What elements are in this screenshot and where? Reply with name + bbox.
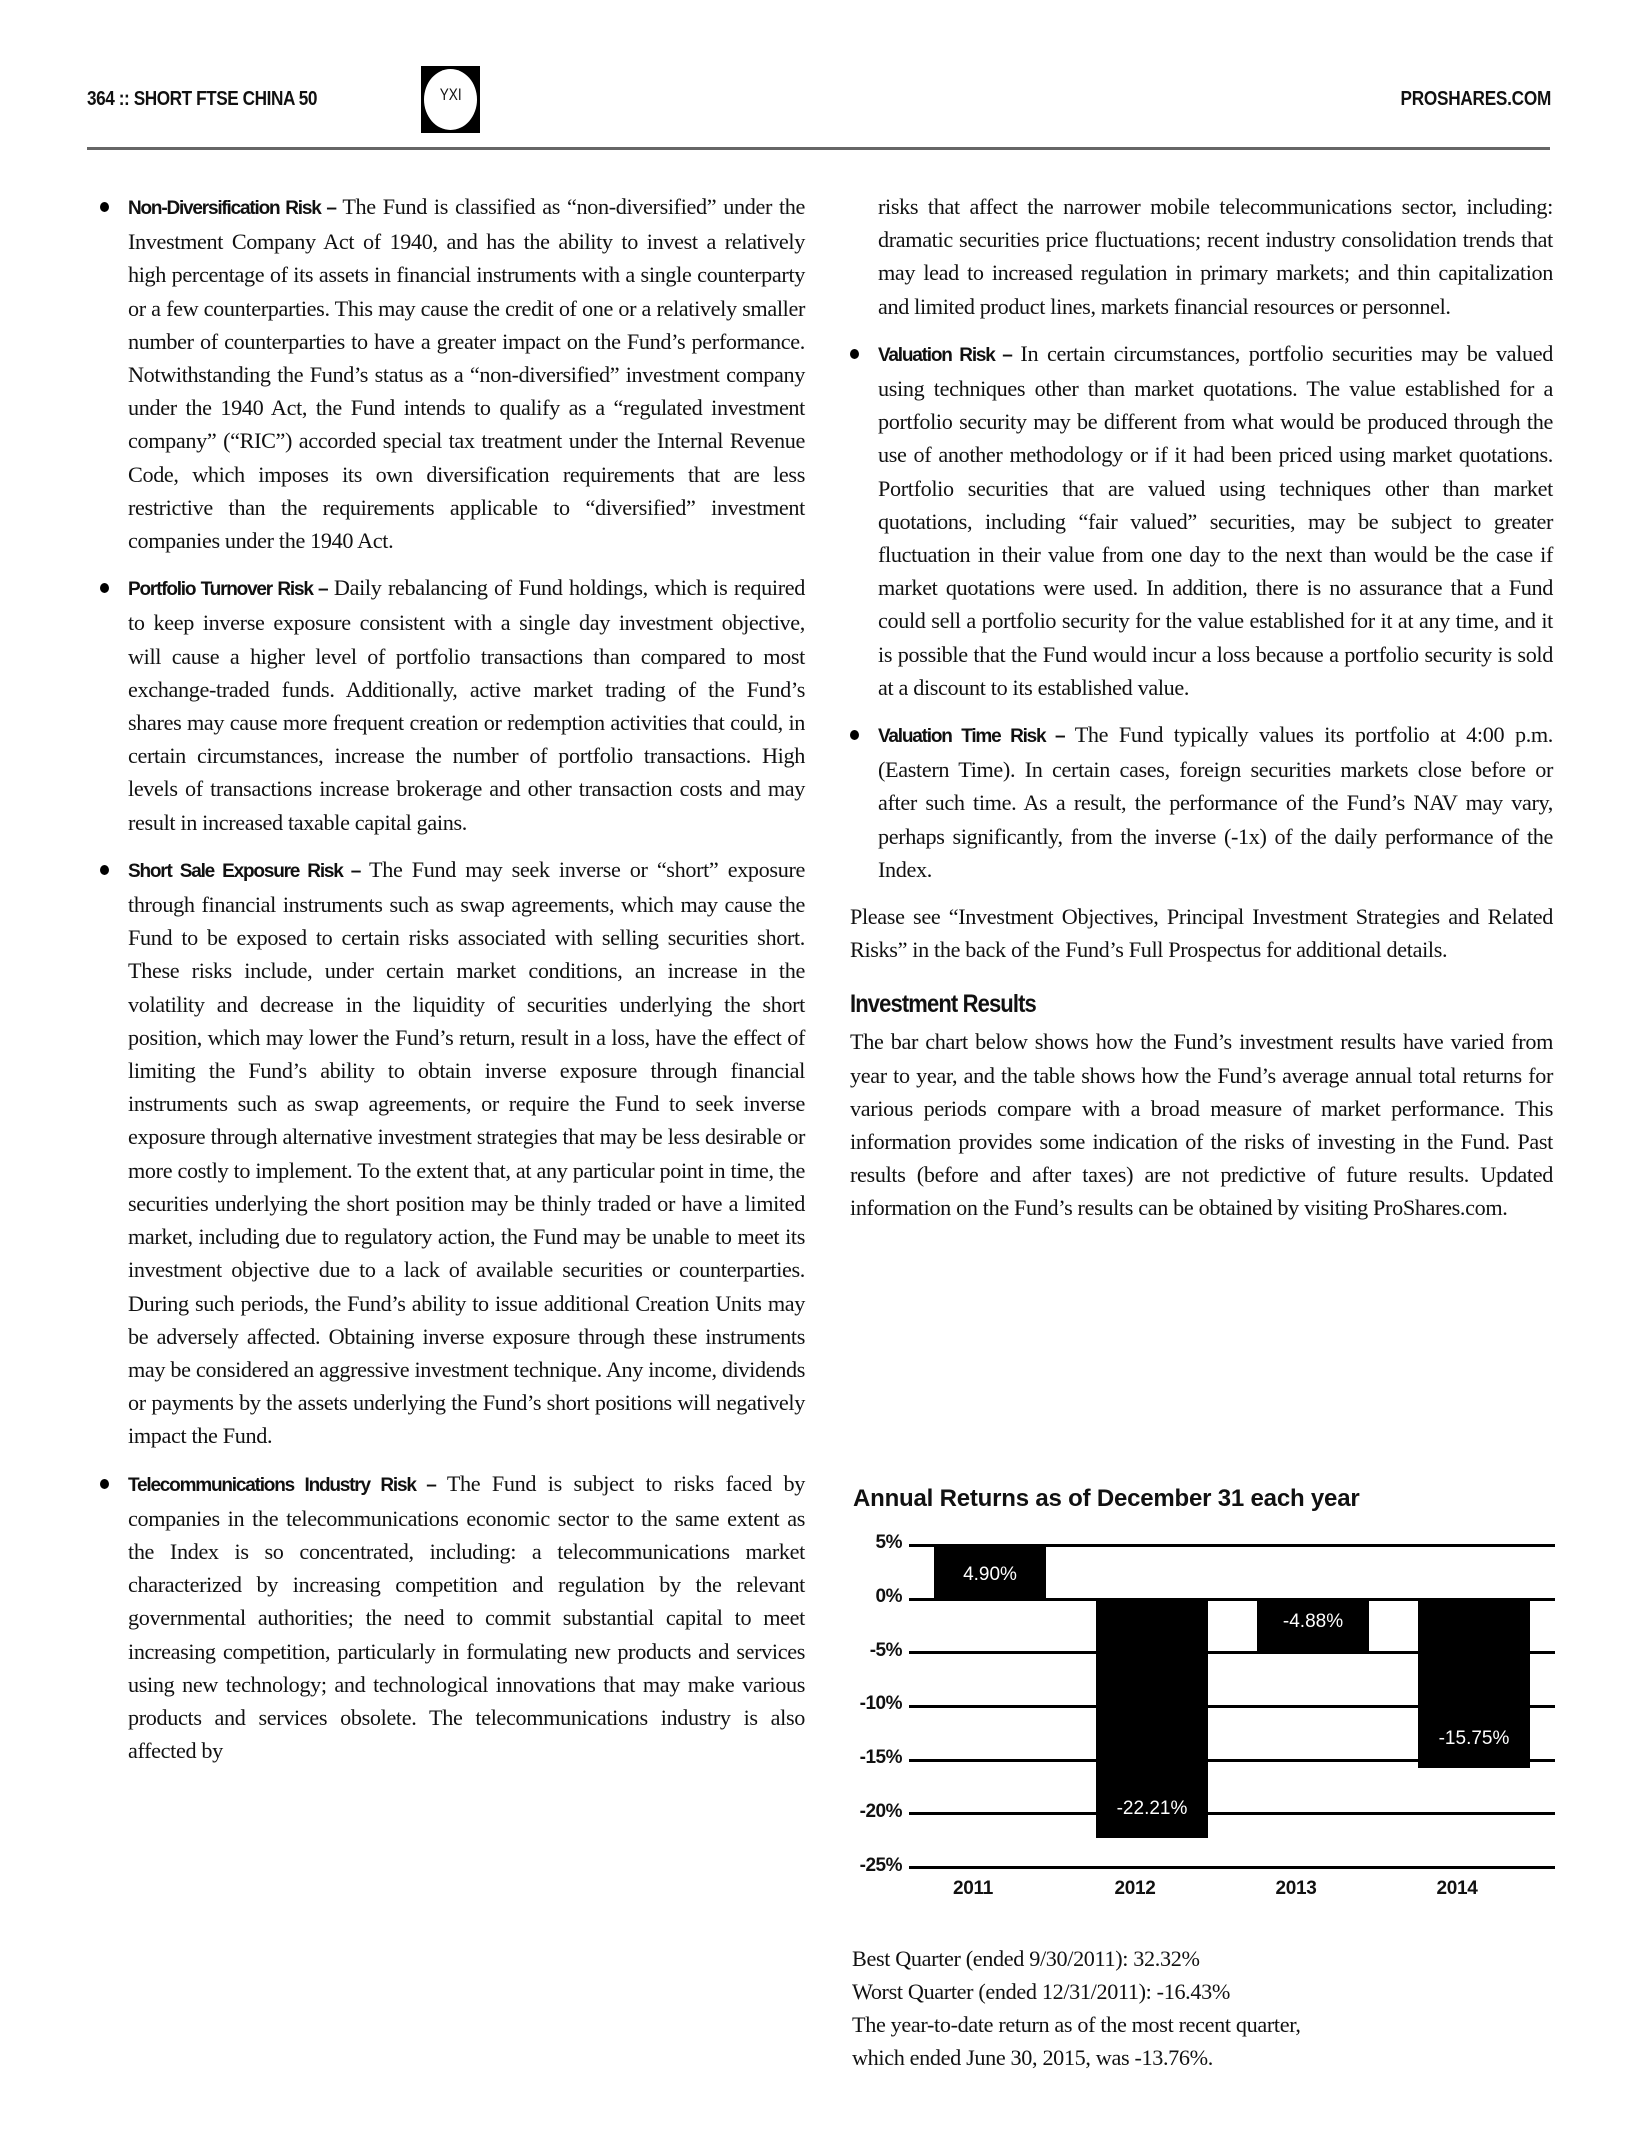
risk-text: The Fund may seek inverse or “short” exp… <box>128 857 805 1448</box>
left-column: Non-Diversification Risk – The Fund is c… <box>100 190 805 1781</box>
risk-title: Telecommunications Industry Risk – <box>128 1475 436 1496</box>
right-column: risks that affect the narrower mobile te… <box>850 190 1553 1225</box>
y-axis-tick-label: -25% <box>842 1855 902 1877</box>
investment-results-body: The bar chart below shows how the Fund’s… <box>850 1025 1553 1224</box>
risk-continuation: risks that affect the narrower mobile te… <box>850 190 1553 323</box>
x-axis-tick-label: 2014 <box>1401 1878 1513 1900</box>
ytd-return-line-1: The year-to-date return as of the most r… <box>852 2008 1552 2041</box>
bullet-icon <box>850 349 859 359</box>
risk-item-valuation: Valuation Risk – In certain circumstance… <box>850 337 1553 704</box>
risk-item-short-sale-exposure: Short Sale Exposure Risk – The Fund may … <box>100 853 805 1453</box>
gridline <box>909 1866 1555 1869</box>
section-heading-investment-results: Investment Results <box>850 990 1469 1019</box>
gridline <box>909 1651 1555 1654</box>
risk-title: Valuation Time Risk – <box>878 726 1064 747</box>
x-axis-tick-label: 2011 <box>917 1878 1029 1900</box>
risk-title: Valuation Risk – <box>878 345 1012 366</box>
y-axis-tick-label: -20% <box>842 1801 902 1823</box>
bar-2014 <box>1418 1599 1530 1768</box>
bar-value-label: -22.21% <box>1096 1798 1208 1820</box>
bar-value-label: 4.90% <box>934 1564 1046 1586</box>
bar-2011 <box>934 1546 1046 1599</box>
risk-text: Daily rebalancing of Fund holdings, whic… <box>128 575 805 834</box>
risk-text: In certain circumstances, portfolio secu… <box>878 341 1553 700</box>
bar-2013 <box>1257 1599 1369 1651</box>
ytd-return-line-2: which ended June 30, 2015, was -13.76%. <box>852 2041 1552 2074</box>
gridline <box>909 1544 1555 1547</box>
risk-item-telecommunications: Telecommunications Industry Risk – The F… <box>100 1467 805 1768</box>
gridline <box>909 1598 1555 1601</box>
chart-title: Annual Returns as of December 31 each ye… <box>853 1485 1359 1513</box>
risk-item-portfolio-turnover: Portfolio Turnover Risk – Daily rebalanc… <box>100 571 805 839</box>
quarter-notes: Best Quarter (ended 9/30/2011): 32.32% W… <box>852 1942 1552 2074</box>
bar-value-label: -4.88% <box>1257 1611 1369 1633</box>
bullet-icon <box>850 730 859 740</box>
bullet-icon <box>100 1479 109 1489</box>
y-axis-tick-label: -10% <box>842 1693 902 1715</box>
x-axis-tick-label: 2013 <box>1240 1878 1352 1900</box>
y-axis-tick-label: -15% <box>842 1747 902 1769</box>
risk-text: The Fund is classified as “non-diversifi… <box>128 194 805 553</box>
risk-title: Portfolio Turnover Risk – <box>128 579 327 600</box>
ticker-symbol: YXI <box>440 85 462 105</box>
risk-text: The Fund is subject to risks faced by co… <box>128 1471 805 1764</box>
gridline <box>909 1705 1555 1708</box>
site-link[interactable]: PROSHARES.COM <box>1400 88 1551 111</box>
ticker-badge: YXI <box>421 66 480 133</box>
y-axis-tick-label: -5% <box>842 1640 902 1662</box>
see-also-paragraph: Please see “Investment Objectives, Princ… <box>850 900 1553 966</box>
x-axis-tick-label: 2012 <box>1079 1878 1191 1900</box>
risk-title: Short Sale Exposure Risk – <box>128 861 360 882</box>
best-quarter: Best Quarter (ended 9/30/2011): 32.32% <box>852 1942 1552 1975</box>
worst-quarter: Worst Quarter (ended 12/31/2011): -16.43… <box>852 1975 1552 2008</box>
bar-value-label: -15.75% <box>1418 1728 1530 1750</box>
page-header-title: 364 :: SHORT FTSE CHINA 50 <box>87 88 317 111</box>
bullet-icon <box>100 583 109 593</box>
header-divider <box>87 147 1550 150</box>
y-axis-tick-label: 5% <box>842 1532 902 1554</box>
gridline <box>909 1759 1555 1762</box>
risk-item-valuation-time: Valuation Time Risk – The Fund typically… <box>850 718 1553 886</box>
risk-title: Non-Diversification Risk – <box>128 198 336 219</box>
bullet-icon <box>100 865 109 875</box>
risk-item-non-diversification: Non-Diversification Risk – The Fund is c… <box>100 190 805 557</box>
gridline <box>909 1812 1555 1815</box>
ticker-circle-icon: YXI <box>424 69 477 130</box>
y-axis-tick-label: 0% <box>842 1586 902 1608</box>
bar-2012 <box>1096 1599 1208 1838</box>
bullet-icon <box>100 202 109 212</box>
